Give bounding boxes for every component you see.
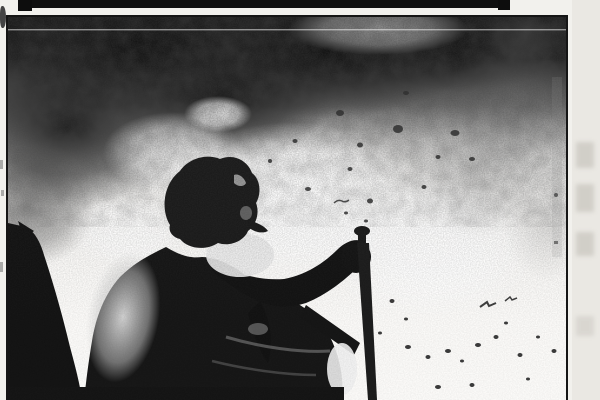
masthead-corner-right (498, 0, 510, 10)
bleed-through-text (576, 232, 594, 256)
bleed-through-text (576, 316, 594, 336)
margin-mark (1, 190, 4, 196)
scratch-line (8, 29, 566, 30)
margin-mark (0, 262, 3, 272)
newspaper-scan-page: Grainy halftone newspaper engraving of a… (0, 0, 600, 400)
right-page-margin (572, 0, 600, 400)
illustration-frame (6, 15, 568, 400)
image-caption: Grainy halftone newspaper engraving of a… (0, 0, 1, 1)
film-grain (8, 17, 566, 400)
margin-mark (0, 160, 3, 169)
masthead-bar (18, 0, 510, 8)
bleed-through-text (576, 142, 594, 168)
bleed-through-text (576, 184, 594, 212)
engraving (8, 17, 566, 400)
masthead-corner-left (18, 0, 32, 11)
